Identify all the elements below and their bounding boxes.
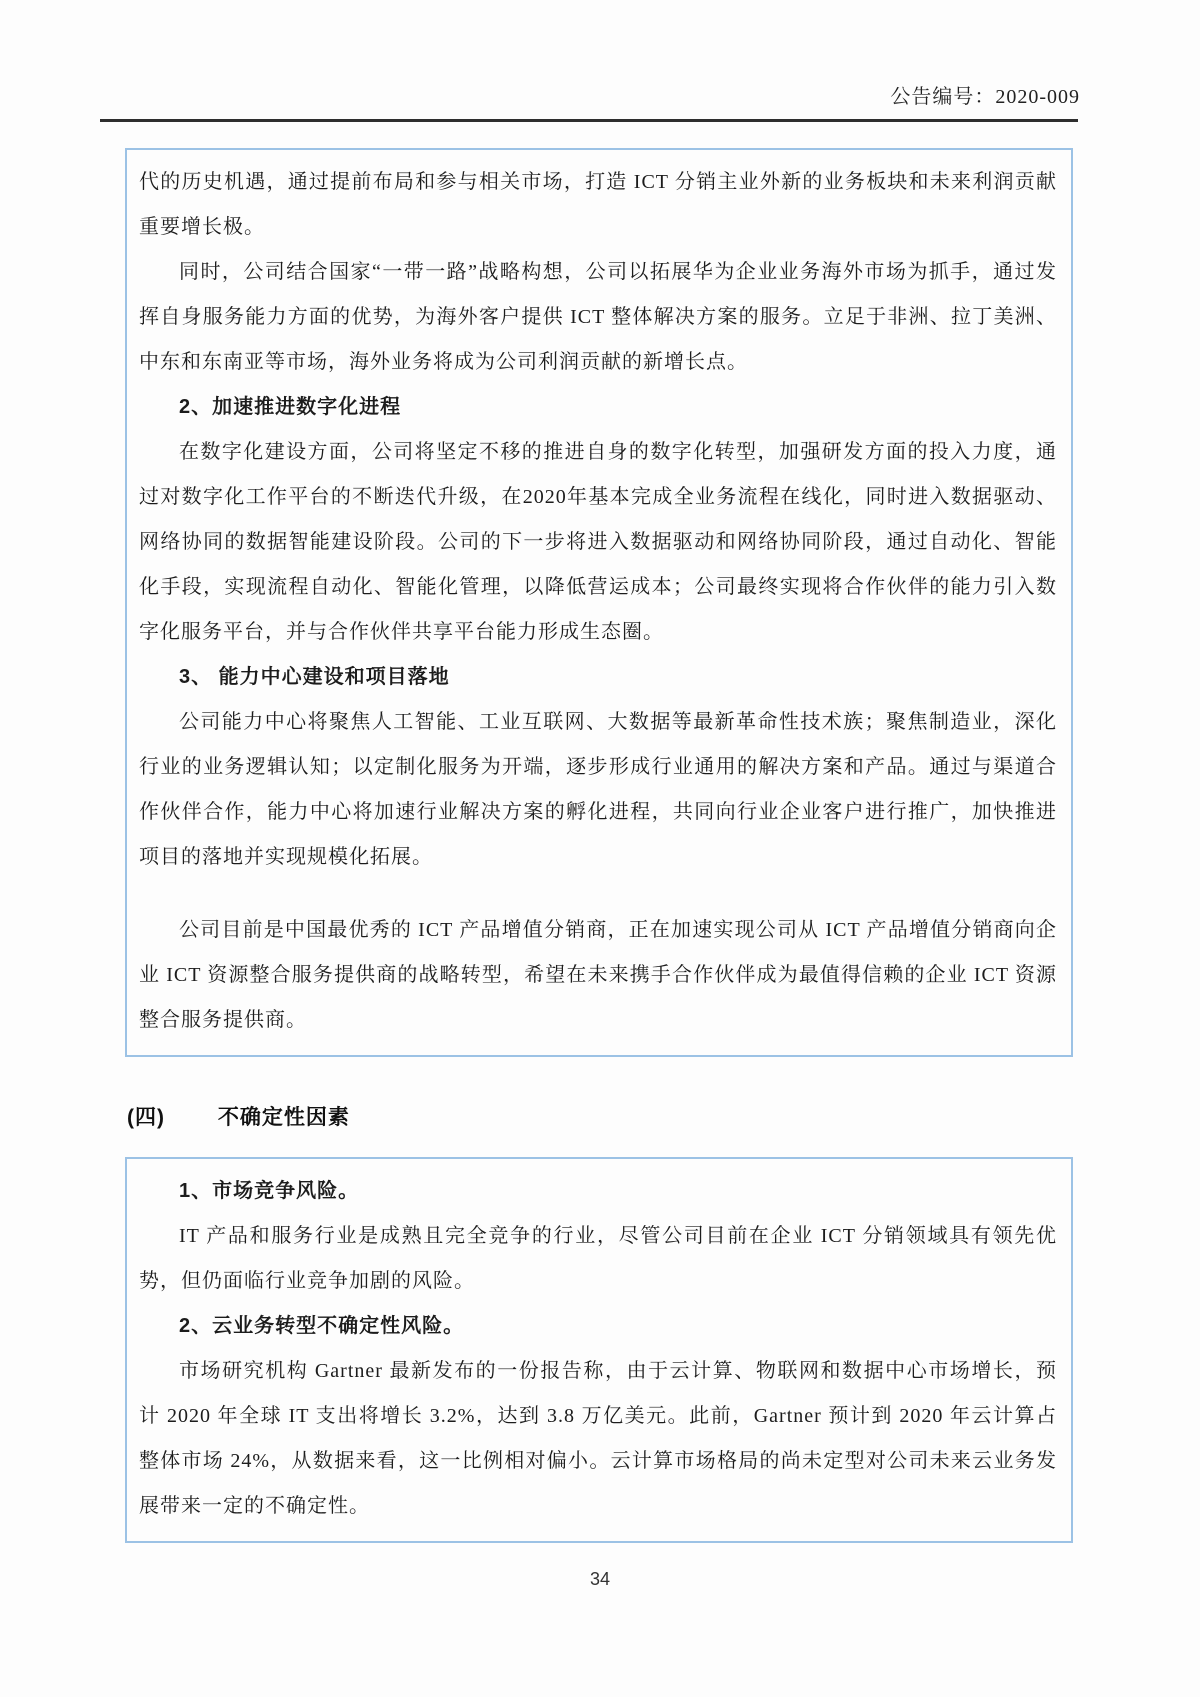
subheading-market-competition-risk: 1、市场竞争风险。 [139, 1169, 1057, 1214]
paragraph-digitalization: 在数字化建设方面，公司将坚定不移的推进自身的数字化转型，加强研发方面的投入力度，… [139, 430, 1057, 655]
paragraph-strategic-transition: 公司目前是中国最优秀的 ICT 产品增值分销商，正在加速实现公司从 ICT 产品… [139, 908, 1057, 1043]
risk-text-box: 1、市场竞争风险。 IT 产品和服务行业是成熟且完全竞争的行业，尽管公司目前在企… [125, 1157, 1073, 1543]
subheading-cloud-transition-risk: 2、云业务转型不确定性风险。 [139, 1304, 1057, 1349]
section-label: (四) [127, 1101, 165, 1131]
document-page: 公告编号：2020-009 代的历史机遇，通过提前布局和参与相关市场，打造 IC… [0, 0, 1200, 1697]
strategy-text-box: 代的历史机遇，通过提前布局和参与相关市场，打造 ICT 分销主业外新的业务板块和… [125, 148, 1073, 1057]
announcement-number: 公告编号：2020-009 [0, 80, 1080, 109]
paragraph-market-competition-risk: IT 产品和服务行业是成熟且完全竞争的行业，尽管公司目前在企业 ICT 分销领域… [139, 1214, 1057, 1304]
paragraph-capability-center: 公司能力中心将聚焦人工智能、工业互联网、大数据等最新革命性技术族；聚焦制造业，深… [139, 700, 1057, 880]
header-rule [100, 119, 1078, 122]
section-title: 不确定性因素 [218, 1101, 350, 1131]
paragraph-belt-and-road: 同时，公司结合国家“一带一路”战略构想，公司以拓展华为企业业务海外市场为抓手，通… [139, 250, 1057, 385]
page-number: 34 [0, 1569, 1200, 1590]
section-heading-uncertainty: (四) 不确定性因素 [127, 1101, 1200, 1131]
paragraph-cloud-transition-risk: 市场研究机构 Gartner 最新发布的一份报告称，由于云计算、物联网和数据中心… [139, 1349, 1057, 1529]
subheading-capability-center: 3、 能力中心建设和项目落地 [139, 655, 1057, 700]
subheading-digitalization: 2、加速推进数字化进程 [139, 385, 1057, 430]
paragraph-continuation: 代的历史机遇，通过提前布局和参与相关市场，打造 ICT 分销主业外新的业务板块和… [139, 160, 1057, 250]
page-header: 公告编号：2020-009 [0, 0, 1200, 122]
